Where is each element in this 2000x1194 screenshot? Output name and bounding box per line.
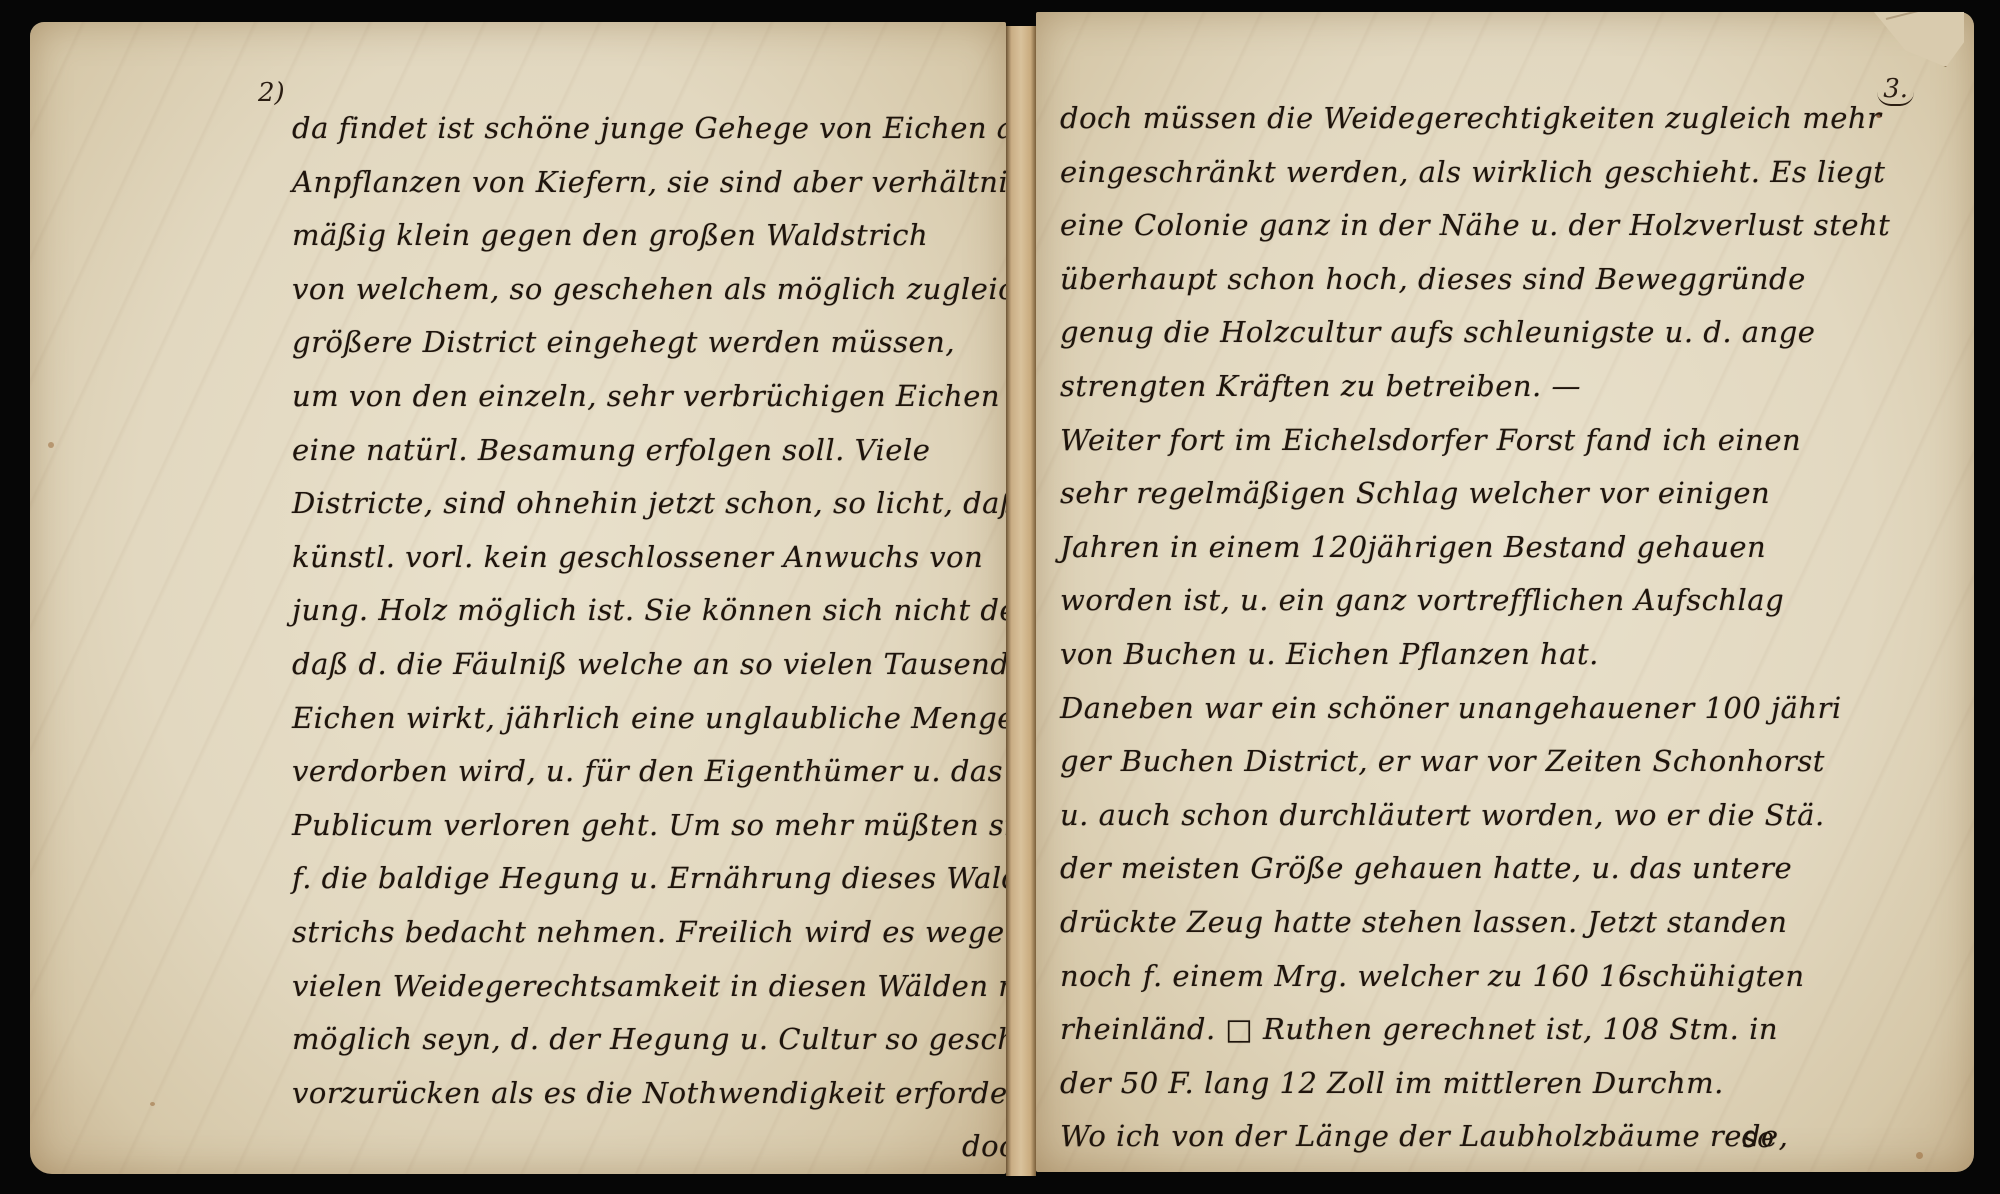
text-line: der meisten Größe gehauen hatte, u. das … xyxy=(1060,842,1890,896)
text-line: eingeschränkt werden, als wirklich gesch… xyxy=(1060,146,1890,200)
text-line: Eichen wirkt, jährlich eine unglaubliche… xyxy=(292,692,1118,746)
catchword: so xyxy=(1743,1121,1774,1154)
text-line: von welchem, so geschehen als möglich zu… xyxy=(292,263,1118,317)
right-page-text: doch müssen die Weidegerechtigkeiten zug… xyxy=(1060,92,1890,1164)
text-line: rheinländ. □ Ruthen gerechnet ist, 108 S… xyxy=(1060,1003,1890,1057)
text-line: überhaupt schon hoch, dieses sind Bewegg… xyxy=(1060,253,1890,307)
text-line: der 50 F. lang 12 Zoll im mittleren Durc… xyxy=(1060,1057,1890,1111)
text-line: eine natürl. Besamung erfolgen soll. Vie… xyxy=(292,424,1118,478)
text-line: Weiter fort im Eichelsdorfer Forst fand … xyxy=(1060,414,1890,468)
left-page: 2) da findet ist schöne junge Gehege von… xyxy=(30,22,1006,1174)
text-line: daß d. die Fäulniß welche an so vielen T… xyxy=(292,638,1118,692)
text-line: doch xyxy=(292,1120,1118,1174)
text-line: Districte, sind ohnehin jetzt schon, so … xyxy=(292,477,1118,531)
text-line: um von den einzeln, sehr verbrüchigen Ei… xyxy=(292,370,1118,424)
text-line: drückte Zeug hatte stehen lassen. Jetzt … xyxy=(1060,896,1890,950)
text-line: f. die baldige Hegung u. Ernährung diese… xyxy=(292,852,1118,906)
text-line: künstl. vorl. kein geschlossener Anwuchs… xyxy=(292,531,1118,585)
folded-corner xyxy=(1874,12,1964,67)
text-line: Publicum verloren geht. Um so mehr müßte… xyxy=(292,799,1118,853)
text-line: Daneben war ein schöner unangehauener 10… xyxy=(1060,682,1890,736)
text-line: strengten Kräften zu betreiben. — xyxy=(1060,360,1890,414)
text-line: da findet ist schöne junge Gehege von Ei… xyxy=(292,102,1118,156)
text-line: doch müssen die Weidegerechtigkeiten zug… xyxy=(1060,92,1890,146)
right-page: 3. doch müssen die Weidegerechtigkeiten … xyxy=(1036,12,1974,1172)
text-line: möglich seyn, d. der Hegung u. Cultur so… xyxy=(292,1013,1118,1067)
manuscript-scan: 2) da findet ist schöne junge Gehege von… xyxy=(0,0,2000,1194)
text-line: sehr regelmäßigen Schlag welcher vor ein… xyxy=(1060,467,1890,521)
page-number: 2) xyxy=(258,78,285,108)
paper-stain xyxy=(1916,1152,1923,1159)
text-line: von Buchen u. Eichen Pflanzen hat. xyxy=(1060,628,1890,682)
text-line: vielen Weidegerechtsamkeit in diesen Wäl… xyxy=(292,960,1118,1014)
left-page-text: da findet ist schöne junge Gehege von Ei… xyxy=(292,102,1118,1174)
text-line: verdorben wird, u. für den Eigenthümer u… xyxy=(292,745,1118,799)
text-line: jung. Holz möglich ist. Sie können sich … xyxy=(292,584,1118,638)
text-line: mäßig klein gegen den großen Waldstrich xyxy=(292,209,1118,263)
text-line: strichs bedacht nehmen. Freilich wird es… xyxy=(292,906,1118,960)
text-line: Jahren in einem 120jährigen Bestand geha… xyxy=(1060,521,1890,575)
text-line: größere District eingehegt werden müssen… xyxy=(292,316,1118,370)
text-line: ger Buchen District, er war vor Zeiten S… xyxy=(1060,735,1890,789)
text-line: u. auch schon durchläutert worden, wo er… xyxy=(1060,789,1890,843)
text-line: noch f. einem Mrg. welcher zu 160 16schü… xyxy=(1060,950,1890,1004)
text-line: genug die Holzcultur aufs schleunigste u… xyxy=(1060,306,1890,360)
text-line: vorzurücken als es die Nothwendigkeit er… xyxy=(292,1067,1118,1121)
text-line: eine Colonie ganz in der Nähe u. der Hol… xyxy=(1060,199,1890,253)
paper-stain xyxy=(48,442,54,448)
text-line: worden ist, u. ein ganz vortrefflichen A… xyxy=(1060,574,1890,628)
text-line: Anpflanzen von Kiefern, sie sind aber ve… xyxy=(292,156,1118,210)
book-gutter xyxy=(1006,26,1036,1176)
paper-stain xyxy=(150,1102,155,1106)
